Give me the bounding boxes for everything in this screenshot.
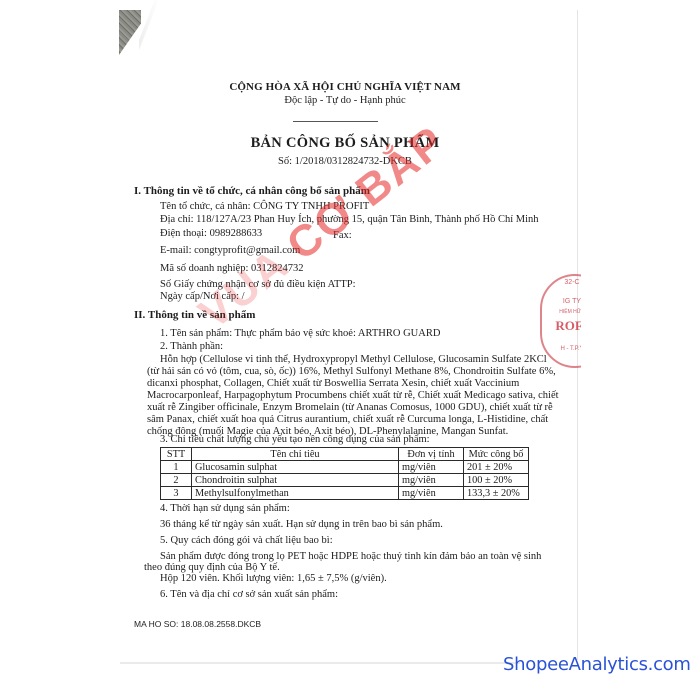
column-header: Tên chỉ tiêu (192, 448, 399, 461)
table-row: 1 Glucosamin sulphat mg/viên 201 ± 20% (161, 461, 529, 474)
table-row: 3 Methylsulfonylmethan mg/viên 133,3 ± 2… (161, 487, 529, 500)
ingredients-line: sâm Panax, chiết xuất hoa quả Citrus aur… (147, 414, 548, 425)
product-name: 1. Tên sản phẩm: Thực phẩm bảo vệ sức kh… (160, 328, 440, 339)
file-code: MA HO SO: 18.08.08.2558.DKCB (134, 619, 261, 629)
cell-unit: mg/viên (399, 487, 464, 500)
divider (293, 121, 378, 122)
scan-artifact (119, 10, 141, 55)
seal-text: HIỆM HỮU (542, 309, 602, 315)
cell-name: Methylsulfonylmethan (192, 487, 399, 500)
packaging-text: Hộp 120 viên. Khối lượng viên: 1,65 ± 7,… (160, 573, 387, 584)
cell-value: 133,3 ± 20% (464, 487, 529, 500)
packaging-label: 5. Quy cách đóng gói và chất liệu bao bì… (160, 535, 333, 546)
seal-text: 32-C (542, 279, 602, 286)
shelf-life-label: 4. Thời hạn sử dụng sản phẩm: (160, 503, 290, 514)
cell-stt: 3 (161, 487, 192, 500)
document-number: Số: 1/2018/0312824732-DKCB (0, 156, 690, 167)
ingredients-line: xuất rễ Zingiber officinale, Enzym Brome… (147, 402, 553, 413)
page-fold (139, 0, 159, 50)
national-title: CỘNG HÒA XÃ HỘI CHỦ NGHĨA VIỆT NAM (0, 81, 690, 93)
cell-stt: 1 (161, 461, 192, 474)
column-header: STT (161, 448, 192, 461)
shelf-life: 36 tháng kể từ ngày sản xuất. Hạn sử dụn… (160, 519, 443, 530)
cell-unit: mg/viên (399, 474, 464, 487)
ingredients-line: Hỗn hợp (Cellulose vi tinh thể, Hydroxyp… (160, 354, 547, 365)
cell-value: 201 ± 20% (464, 461, 529, 474)
quality-criteria-label: 3. Chỉ tiêu chất lượng chủ yếu tạo nên c… (160, 434, 430, 445)
seal-text: ROFIT (546, 318, 606, 334)
packaging-text: Sản phẩm được đóng trong lọ PET hoặc HDP… (160, 551, 541, 562)
ingredients-label: 2. Thành phần: (160, 341, 223, 352)
packaging-text: theo đúng quy định của Bộ Y tế. (144, 562, 280, 573)
page-shadow (120, 662, 520, 664)
column-header: Đơn vị tính (399, 448, 464, 461)
ingredients-line: (từ hải sản có vỏ (tôm, cua, sò, ốc)) 16… (147, 366, 556, 377)
cell-name: Glucosamin sulphat (192, 461, 399, 474)
cell-stt: 2 (161, 474, 192, 487)
seal-text: H - T.P.Y (542, 346, 602, 352)
cell-value: 100 ± 20% (464, 474, 529, 487)
site-watermark-link[interactable]: ShopeeAnalytics.com (503, 654, 690, 675)
quality-criteria-table: STT Tên chỉ tiêu Đơn vị tính Mức công bố… (160, 447, 529, 500)
cell-unit: mg/viên (399, 461, 464, 474)
scanned-document: CỘNG HÒA XÃ HỘI CHỦ NGHĨA VIỆT NAM Độc l… (0, 0, 690, 690)
table-row: 2 Chondroitin sulphat mg/viên 100 ± 20% (161, 474, 529, 487)
ingredients-line: Macrocarponleaf, Harpagophytum Procumben… (147, 390, 559, 401)
ingredients-line: dicanxi phosphat, Collagen, Chiết xuất t… (147, 378, 519, 389)
table-header-row: STT Tên chỉ tiêu Đơn vị tính Mức công bố (161, 448, 529, 461)
cell-name: Chondroitin sulphat (192, 474, 399, 487)
manufacturer-label: 6. Tên và địa chỉ cơ sở sản xuất sản phẩ… (160, 589, 338, 600)
seal-text: IG TY (542, 298, 602, 305)
column-header: Mức công bố (464, 448, 529, 461)
national-motto: Độc lập - Tự do - Hạnh phúc (0, 95, 690, 106)
document-title: BẢN CÔNG BỐ SẢN PHẨM (0, 135, 690, 152)
company-seal: 32-C IG TY HIỆM HỮU ROFIT H - T.P.Y (540, 274, 610, 368)
phone: Điện thoại: 0989288633 (160, 228, 262, 239)
